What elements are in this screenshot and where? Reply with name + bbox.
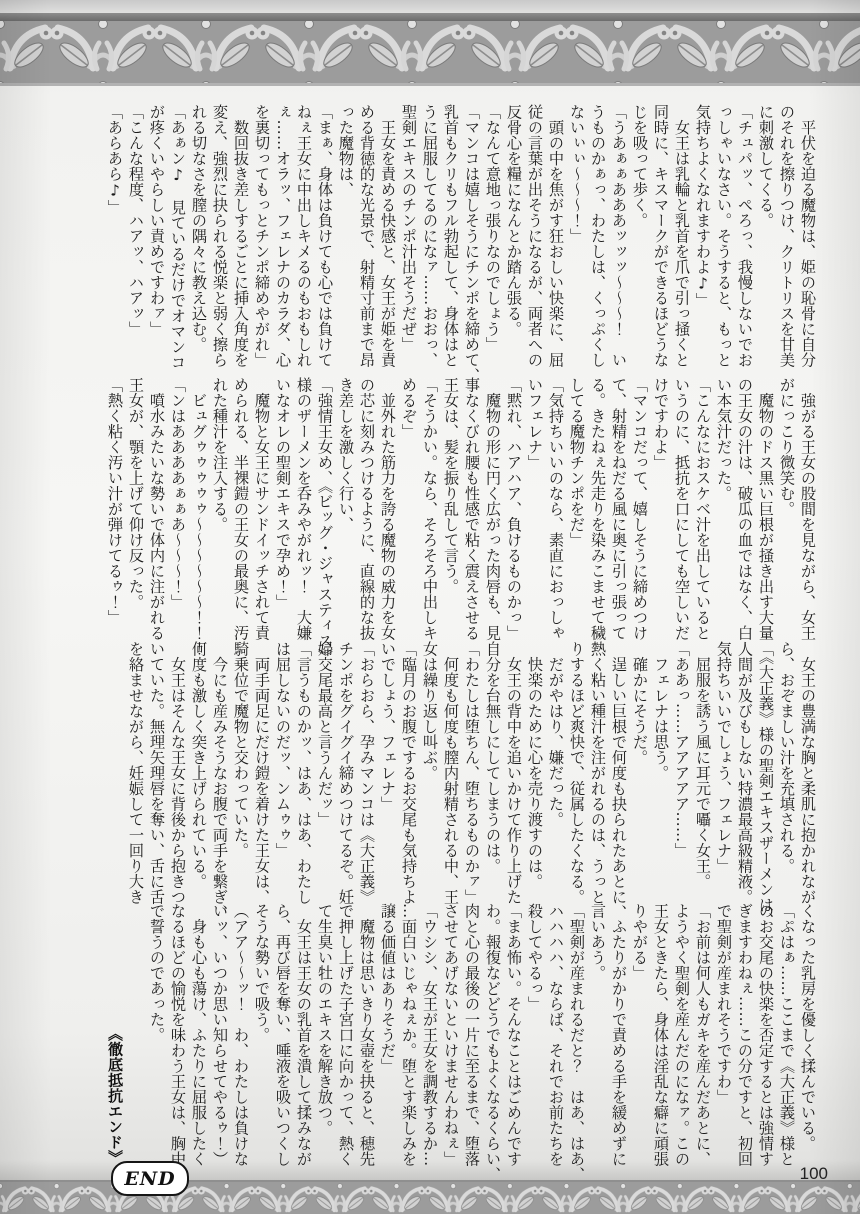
text-line: の芯に刻みつけるように、直線的な抜 xyxy=(356,377,377,639)
text-line: そうな勢いで吸う。 xyxy=(251,903,272,1165)
top-ornament-border xyxy=(0,13,860,86)
text-line: 同時に、キスマークができるほどうな xyxy=(650,104,671,372)
text-line: 「まぁ、身体は負けても心では負けて xyxy=(314,104,335,372)
text-line: 両手両足にだけ鎧を着けた王女は、 xyxy=(251,641,272,903)
text-line: る。きたねぇ先走りを染みこませて穢 xyxy=(587,377,608,639)
text-line: いうのに、抵抗を口にしても空しいだ xyxy=(671,377,692,639)
text-line: 「こんな程度、ハアッ、ハアッ」 xyxy=(125,104,146,372)
text-line: 女は繰り返し叫ぶ。 xyxy=(419,641,440,903)
text-line: 譲る価値はありそうだ」 xyxy=(377,903,398,1165)
text-band-2: 強がる王女の股間を見ながら、女王がにっこり微笑む。 魔物のドス黒い巨根が掻き出す… xyxy=(96,377,818,639)
text-line: れた種汁を注入する。 xyxy=(209,377,230,639)
text-line: だがやはり、嫌だった。 xyxy=(545,641,566,903)
text-line: 「マンコは嬉しそうにチンポを締めて、 xyxy=(461,104,482,372)
text-line: 今にも産みそうなお腹で両手を繋ぎ、 xyxy=(209,641,230,903)
text-line: 「おらおら、孕みマンコは《大正義》 xyxy=(356,641,377,903)
text-line: ふたりがかりで責める手を緩めずに xyxy=(608,903,629,1165)
text-line: 熱く粘い種汁を注がれるのは、うっと xyxy=(587,641,608,903)
text-line: 確かにそうだ。 xyxy=(629,641,650,903)
text-line: 「あぁン♪ 見ているだけでオマンコ xyxy=(167,104,188,372)
text-line: チンポをグイグイ締めつけてるぞ。妊 xyxy=(335,641,356,903)
text-line: い本気汁だった。 xyxy=(713,377,734,639)
text-line: 「黙れ、ハアハア、負けるものかっ」 xyxy=(503,377,524,639)
text-band-1: 平伏を迫る魔物は、姫の恥骨に自分のそれを擦りつけ、クリトリスを甘美に刺激してくる… xyxy=(96,104,818,372)
text-line: を裏切ってもっとチンポ締めやがれ」 xyxy=(251,104,272,372)
text-line: 「臨月のお腹でするお交尾も気持ちよ xyxy=(398,641,419,903)
text-band-3: 女王の豊満な胸と柔肌に抱かれながら、おぞましい汁を充填される。「《大正義》様の聖… xyxy=(96,641,818,903)
text-line: 肉と心の最後の一片に至るまで、堕落 xyxy=(461,903,482,1165)
text-line: 女王の豊満な胸と柔肌に抱かれなが xyxy=(797,641,818,903)
text-line: ビュグゥゥゥゥゥ〜〜〜〜〜〜！！！ xyxy=(188,377,209,639)
text-line: ら、おぞましい汁を充填される。 xyxy=(776,641,797,903)
text-line: った魔物は、 xyxy=(335,104,356,372)
text-line: 「わたしは堕ちん、堕ちるものかァ」 xyxy=(461,641,482,903)
text-line: 「ぷはぁ……ここまで《大正義》様と xyxy=(776,903,797,1165)
text-line: 「強情王女め、《ビッグ・ジャスティス》 xyxy=(314,377,335,639)
text-line: りするほど爽快で、従属したくなる。 xyxy=(566,641,587,903)
text-line: 女王は王女の乳首を潰して揉みなが xyxy=(293,903,314,1165)
text-line: なるほどの愉悦を味わう王女は、胸中 xyxy=(167,903,188,1165)
text-line: 乳首もクリもフル勃起して、身体はと xyxy=(440,104,461,372)
text-line: を絡ませながら、妊娠して一回り大き xyxy=(125,641,146,903)
text-line: うものかぁっ、わたしは、くっぷくし xyxy=(587,104,608,372)
text-line: じを吸って歩く。 xyxy=(629,104,650,372)
text-line: 「聖剣が産まれるだと？ はあ、はあ、 xyxy=(566,903,587,1165)
text-line: 王女ときたら、身体は淫乱な癖に頑張 xyxy=(650,903,671,1165)
text-line: いなオレの聖剣エキスで孕め！」 xyxy=(272,377,293,639)
text-line: 婦交尾最高と言うんだッ」 xyxy=(314,641,335,903)
text-line: 気持ちよくなれますわよ♪」 xyxy=(692,104,713,372)
text-line: いていた。無理矢理唇を奪い、舌に舌 xyxy=(146,641,167,903)
text-line: 様のザーメンを呑みやがれッ！ 大嫌 xyxy=(293,377,314,639)
text-line: りやがる」 xyxy=(629,903,650,1165)
text-line: める背徳的な光景で、射精寸前まで昂 xyxy=(356,104,377,372)
text-line: 「ウシシ、女王が王女を調教するか… xyxy=(419,903,440,1165)
text-line: き差しを激しく行い、 xyxy=(335,377,356,639)
text-line: わ。報復などどうでもよくなるくらい、 xyxy=(482,903,503,1165)
text-line: 聖剣エキスのチンポ汁出そうだぜ」 xyxy=(398,104,419,372)
end-badge: END xyxy=(111,1161,189,1196)
text-line: …面白いじゃねぇか。堕とす楽しみを xyxy=(398,903,419,1165)
text-line: 従の言葉が出そうになるが、両者への xyxy=(524,104,545,372)
text-line: ないぃぃ〜〜〜！」 xyxy=(566,104,587,372)
text-line: 「お前は何人もガキを産んだあとに、 xyxy=(692,903,713,1165)
text-line: フェレナは思う。 xyxy=(650,641,671,903)
text-line: ようやく聖剣を産んだのになァ。この xyxy=(671,903,692,1165)
text-line: められる、半裸鎧の王女の最奥に、汚 xyxy=(230,377,251,639)
text-line: で押し上げた子宮口に向かって、熱く xyxy=(335,903,356,1165)
text-line: ぎますわねぇ……この分ですと、初回 xyxy=(734,903,755,1165)
text-line: 事なくびれ腰も性感で粘く震えさせる xyxy=(461,377,482,639)
text-line: （アア〜〜ッ！ わ、わたしは負けな xyxy=(230,903,251,1165)
text-line: 自分を台無しにしてしまうのは。 xyxy=(482,641,503,903)
text-line: いッ、いつか思い知らせてやるゥ！） xyxy=(209,903,230,1165)
text-line: 逞しい巨根で何度も抉られたあとに、 xyxy=(608,641,629,903)
text-line: 「熱く粘く汚い汁が弾けてるゥ！」 xyxy=(104,377,125,639)
text-line: がにっこり微笑む。 xyxy=(776,377,797,639)
text-line: 何度も激しく突き上げられている。 xyxy=(188,641,209,903)
end-label: END xyxy=(124,1168,175,1190)
text-line: 平伏を迫る魔物は、姫の恥骨に自分 xyxy=(797,104,818,372)
text-line: が疼くいやらしい責めですわァ」 xyxy=(146,104,167,372)
text-line: うに屈服してるのになァ……おおっ、 xyxy=(419,104,440,372)
text-line: 「《大正義》様の聖剣エキスザーメンは、 xyxy=(755,641,776,903)
text-line: させてあげないといけませんわねぇ」 xyxy=(440,903,461,1165)
text-line: 魔物の形に円く広がった肉唇も、見 xyxy=(482,377,503,639)
text-line: て生臭い牡のエキスを解き放つ。 xyxy=(314,903,335,1165)
text-line: 数回抜き差しするごとに挿入角度を xyxy=(230,104,251,372)
text-line: 女王は乳輪と乳首を爪で引っ掻くと xyxy=(671,104,692,372)
text-line: 魔物のドス黒い巨根が掻き出す大量 xyxy=(755,377,776,639)
text-band-4: くなった乳房を優しく揉んでいる。「ぷはぁ……ここまで《大正義》様とのお交尾の快楽… xyxy=(96,903,818,1165)
ending-title: 《徹底抵抗エンド》 xyxy=(105,1026,126,1166)
text-line: してる魔物チンポをだ」 xyxy=(566,377,587,639)
text-line: 魔物と女王にサンドイッチされて責 xyxy=(251,377,272,639)
text-line: で聖剣が産まれそうですわ」 xyxy=(713,903,734,1165)
text-line: 「言うものかッ、はあ、はあ、わたし xyxy=(293,641,314,903)
text-line: 何度も何度も膣内射精される中、王 xyxy=(440,641,461,903)
text-line: 気持ちいいでしょう、フェレナ」 xyxy=(713,641,734,903)
text-line: 「うあぁぁあああッッッ〜〜〜！ い xyxy=(608,104,629,372)
text-line: に刺激してくる。 xyxy=(755,104,776,372)
text-line: くなった乳房を優しく揉んでいる。 xyxy=(797,903,818,1165)
text-line: 身も心も蕩け、ふたりに屈服したく xyxy=(188,903,209,1165)
text-line: 人間が及びもしない特濃最高級精液。 xyxy=(734,641,755,903)
text-line: けですわよ」 xyxy=(650,377,671,639)
text-line: の王女の汁は、破瓜の血ではなく、白 xyxy=(734,377,755,639)
page-number: 100 xyxy=(800,1164,828,1184)
text-line: 騎乗位で魔物と交わっていた。 xyxy=(230,641,251,903)
text-line: 殺してやるっ」 xyxy=(524,903,545,1165)
text-line: て、射精をねだる風に奥に引っ張って xyxy=(608,377,629,639)
text-line: 「チュパッ、ぺろっ、我慢しないでお xyxy=(734,104,755,372)
text-line: 噴水みたいな勢いで体内に注がれる xyxy=(146,377,167,639)
text-line: のそれを擦りつけ、クリトリスを甘美 xyxy=(776,104,797,372)
text-line: っしゃいなさい。そうすると、もっと xyxy=(713,104,734,372)
text-line: ぇ……オラッ、フェレナのカラダ、心 xyxy=(272,104,293,372)
text-line: いフェレナ」 xyxy=(524,377,545,639)
text-line: ら、再び唇を奪い、唾液を吸いつくし xyxy=(272,903,293,1165)
text-line: いでしょう、フェレナ」 xyxy=(377,641,398,903)
text-line: 言いあう。 xyxy=(587,903,608,1165)
text-line: は屈しないのだッ、ンムゥゥ」 xyxy=(272,641,293,903)
text-line: 「こんなにおスケベ汁を出していると xyxy=(692,377,713,639)
text-line: 女王の背中を追いかけて作り上げた xyxy=(503,641,524,903)
text-line: ねぇ王女に中出しキメるのもおもしれ xyxy=(293,104,314,372)
text-line: 「なんて意地っ張りなのでしょう」 xyxy=(482,104,503,372)
text-line: 「ンはああああぁぁあ〜〜〜！」 xyxy=(167,377,188,639)
text-line: 変え、強烈に抉られる悦楽と弱く擦ら xyxy=(209,104,230,372)
text-line: 魔物は思いきり女壺を抉ると、穂先 xyxy=(356,903,377,1165)
text-line: 反骨心を糧になんとか踏ん張る。 xyxy=(503,104,524,372)
text-line: 王女が、顎を上げて仰け反った。 xyxy=(125,377,146,639)
text-line: 王女を責める快感と、女王が姫を責 xyxy=(377,104,398,372)
text-line: で誓うのであった。 xyxy=(146,903,167,1165)
text-line: 「そうかい。なら、そろそろ中出しキ xyxy=(419,377,440,639)
text-line: れる切なさを膣の隅々に教え込む。 xyxy=(188,104,209,372)
text-line: 「あらあら♪」 xyxy=(104,104,125,372)
text-line: 「まあ怖い。そんなことはごめんです xyxy=(503,903,524,1165)
text-line: 並外れた筋力を誇る魔物の威力を女 xyxy=(377,377,398,639)
text-line: 強がる王女の股間を見ながら、女王 xyxy=(797,377,818,639)
text-line: 「気持ちいいのなら、素直におっしゃ xyxy=(545,377,566,639)
text-line: ハハハハ、ならば、それでお前たちを xyxy=(545,903,566,1165)
scanned-novel-page: { "page": { "number": "100", "end_label"… xyxy=(0,0,860,1214)
text-line: 屈服を誘う風に耳元で囁く女王。 xyxy=(692,641,713,903)
text-line: 「マンコだって、嬉しそうに締めつけ xyxy=(629,377,650,639)
text-line: 王女は、髪を振り乱して言う。 xyxy=(440,377,461,639)
text-line: 快楽のために心を売り渡すのは。 xyxy=(524,641,545,903)
text-line: めるぞ」 xyxy=(398,377,419,639)
text-line: 女王はそんな王女に背後から抱きつ xyxy=(167,641,188,903)
text-line: 頭の中を焦がす狂おしい快楽に、屈 xyxy=(545,104,566,372)
text-line: 「ああっ……アアアアア……」 xyxy=(671,641,692,903)
text-line: のお交尾の快楽を否定するとは強情す xyxy=(755,903,776,1165)
